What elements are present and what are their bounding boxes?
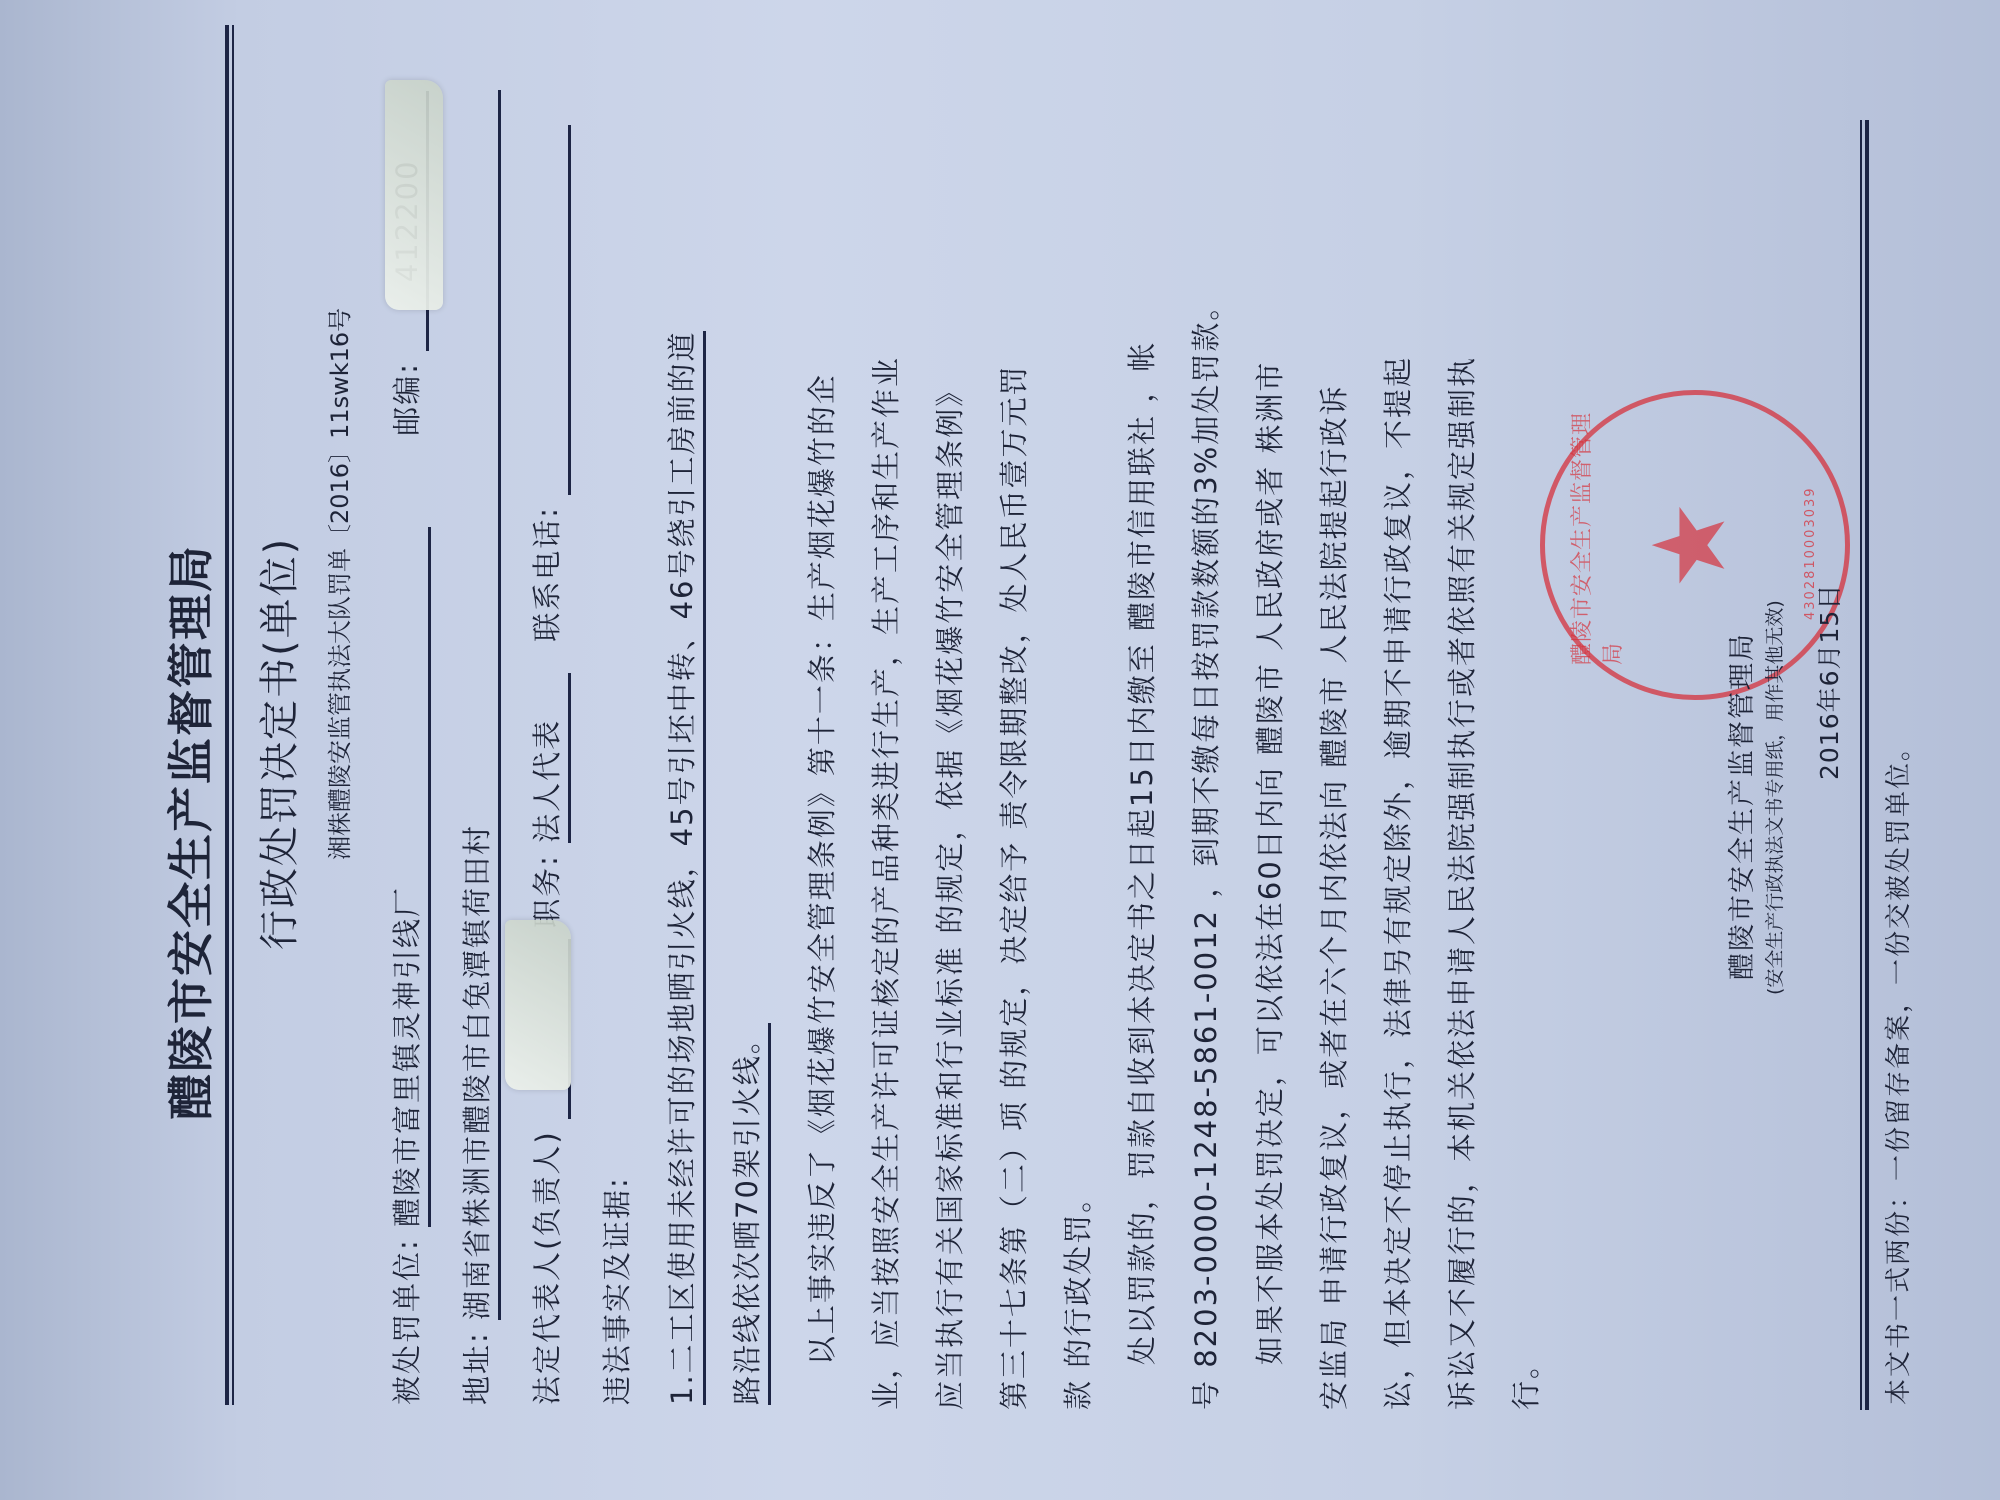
appeal-line: 如果不服本处罚决定，可以依法在60日内向 醴陵市 人民政府或者 株洲市 bbox=[1238, 356, 1302, 1410]
document-title: 行政处罚决定书(单位) bbox=[248, 537, 305, 950]
issuer-name: 醴陵市安全生产监督管理局 bbox=[1720, 632, 1759, 980]
payment-line: 处以罚款的，罚款自收到本决定书之日起15日内缴至 醴陵市信用联社 ，帐 bbox=[1110, 290, 1174, 1410]
stamp-text: 醴陵市安全生产监督管理局 bbox=[1565, 395, 1627, 665]
violation-paragraph: 以上事实违反了《烟花爆竹安全管理条例》第十一条：生产烟花爆竹的企 业，应当按照安… bbox=[790, 356, 1110, 1410]
redaction-tape-legal-rep bbox=[505, 920, 571, 1090]
star-icon: ★ bbox=[1640, 500, 1740, 590]
phone-label: 联系电话: bbox=[530, 506, 564, 642]
legal-rep-label: 法定代表人(负责人) bbox=[530, 1130, 564, 1405]
position-label: 职务: bbox=[530, 854, 564, 928]
penalty-decision-document: 醴陵市安全生产监督管理局 行政处罚决定书(单位) 湘株醴陵安监管执法大队罚单〔2… bbox=[0, 0, 2000, 1500]
payment-line: 号 8203-0000-1248-5861-0012 ，到期不缴每日按罚款数额的… bbox=[1174, 290, 1238, 1410]
facts-item1-line2: 路沿线依次晒70架引火线。 bbox=[725, 1023, 771, 1405]
violation-line: 第三十七条第（二）项 的规定，决定给予 责令限期整改，处人民币壹万元罚 bbox=[982, 356, 1046, 1410]
appeal-line: 安监局 申请行政复议，或者在六个月内依法向 醴陵市 人民法院提起行政诉 bbox=[1302, 356, 1366, 1410]
postcode-label: 邮编: bbox=[390, 362, 424, 436]
appeal-line: 讼，但本决定不停止执行，法律另有规定除外，逾期不申请行政复议，不提起 bbox=[1366, 356, 1430, 1410]
payment-paragraph: 处以罚款的，罚款自收到本决定书之日起15日内缴至 醴陵市信用联社 ，帐 号 82… bbox=[1110, 290, 1238, 1410]
issue-date: 2016年6月15日 bbox=[1810, 584, 1846, 780]
violation-line: 以上事实违反了《烟花爆竹安全管理条例》第十一条：生产烟花爆竹的企 bbox=[790, 356, 854, 1410]
appeal-line: 诉讼又不履行的，本机关依法申请人民法院强制执行或者依照有关规定强制执 bbox=[1430, 356, 1494, 1410]
violation-line: 应当执行有关国家标准和行业标准 的规定，依据《烟花爆竹安全管理条例》 bbox=[918, 356, 982, 1410]
footer-double-rule bbox=[1860, 120, 1869, 1410]
issuer-note: (安全生产行政执法文书专用纸，用作其他无效) bbox=[1760, 600, 1787, 995]
penalized-unit-label: 被处罚单位: bbox=[390, 1238, 424, 1405]
redaction-tape-postcode-area bbox=[385, 80, 443, 310]
penalized-unit-value: 醴陵市富里镇灵神引线厂 bbox=[385, 527, 431, 1227]
address-label: 地址: bbox=[460, 1331, 494, 1405]
document-number: 湘株醴陵安监管执法大队罚单〔2016〕11swk16号 bbox=[320, 308, 355, 860]
violation-line: 业，应当按照安全生产许可证核定的产品种类进行生产，生产工序和生产作业 bbox=[854, 356, 918, 1410]
facts-item1-line1: 1.二工区使用未经许可的场地晒引火线，45号引坯中转、46号绕引工房前的道 bbox=[660, 331, 706, 1405]
position-value: 法人代表 bbox=[525, 673, 571, 843]
footer-note: 本文书一式两份：一份留存备案，一份交被处罚单位。 bbox=[1878, 733, 1915, 1405]
header-double-rule bbox=[225, 25, 234, 1405]
address-row: 地址: 湖南省株洲市醴陵市白兔潭镇荷田村 bbox=[455, 90, 501, 1405]
violation-line: 款 的行政处罚。 bbox=[1046, 356, 1110, 1410]
facts-heading: 违法事实及证据: bbox=[595, 1176, 636, 1405]
phone-value bbox=[540, 125, 571, 495]
agency-name: 醴陵市安全生产监督管理局 bbox=[155, 544, 221, 1120]
legal-rep-row: 法定代表人(负责人) 职务: 法人代表 联系电话: bbox=[525, 125, 571, 1405]
address-value: 湖南省株洲市醴陵市白兔潭镇荷田村 bbox=[455, 90, 501, 1320]
appeal-paragraph: 如果不服本处罚决定，可以依法在60日内向 醴陵市 人民政府或者 株洲市 安监局 … bbox=[1238, 356, 1558, 1410]
official-red-stamp: 醴陵市安全生产监督管理局 ★ 4302810003039 bbox=[1540, 390, 1850, 700]
